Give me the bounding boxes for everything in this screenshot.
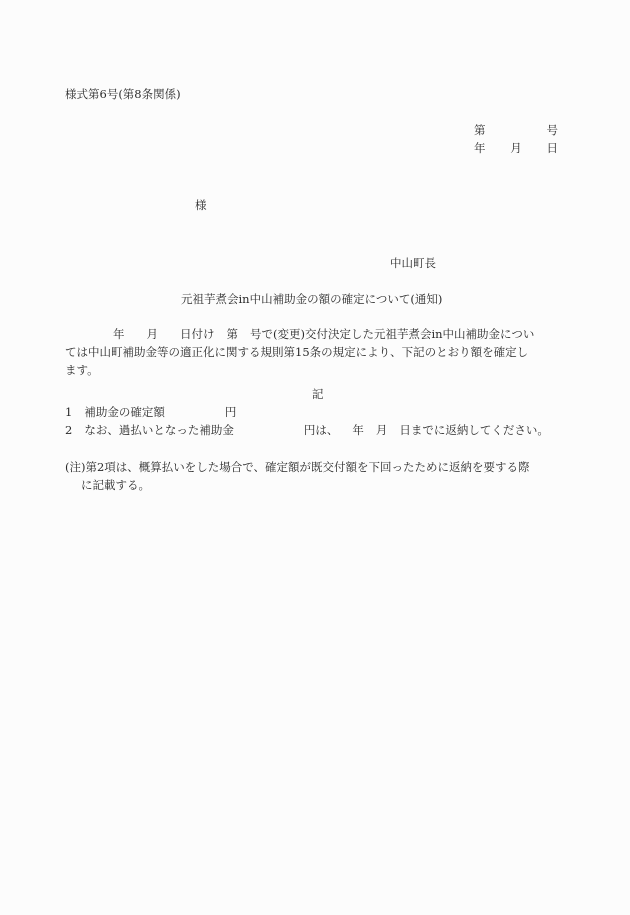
list-item: 2なお、過払いとなった補助金円は、年月日までに返納してください。 [65, 421, 549, 439]
document-number: 第 号 [474, 121, 558, 139]
addressee: 様 [195, 196, 207, 214]
body-line-1: 年月日付け第号で(変更)交付決定した元祖芋煮会in中山補助金につい [65, 325, 566, 343]
document-date: 年 月 日 [474, 139, 558, 157]
body-line-1-rest: 号で(変更)交付決定した元祖芋煮会in中山補助金につい [250, 327, 534, 341]
document-number-suffix: 号 [547, 121, 559, 139]
date-month: 月 [510, 139, 522, 157]
item-day-rest: 日までに返納してください。 [399, 423, 549, 437]
note-line-1: (注)第2項は、概算払いをした場合で、確定額が既交付額を下回ったために返納を要す… [65, 458, 530, 476]
item-label: 補助金の確定額 [84, 405, 165, 419]
body-paragraph: 年月日付け第号で(変更)交付決定した元祖芋煮会in中山補助金につい ては中山町補… [65, 325, 566, 379]
item-number: 2 [65, 423, 72, 437]
body-year: 年 [113, 327, 125, 341]
form-number: 様式第6号(第8条関係) [65, 85, 181, 103]
body-day: 日付け [180, 327, 215, 341]
note-line-2: に記載する。 [81, 476, 150, 494]
body-no-prefix: 第 [227, 327, 239, 341]
item-year: 年 [352, 423, 364, 437]
date-day: 日 [547, 139, 559, 157]
body-line-2: ては中山町補助金等の適正化に関する規則第15条の規定により、下記のとおり額を確定… [65, 343, 566, 361]
item-unit: 円は、 [304, 423, 339, 437]
document-title: 元祖芋煮会in中山補助金の額の確定について(通知) [181, 290, 442, 308]
body-line-3: ます。 [65, 361, 566, 379]
item-label: なお、過払いとなった補助金 [84, 423, 234, 437]
item-month: 月 [376, 423, 388, 437]
list-item: 1補助金の確定額円 [65, 403, 236, 421]
body-month: 月 [147, 327, 159, 341]
item-number: 1 [65, 405, 72, 419]
ki-heading: 記 [312, 385, 324, 403]
document-number-prefix: 第 [474, 121, 486, 139]
date-year: 年 [474, 139, 486, 157]
item-unit: 円 [225, 405, 237, 419]
sender: 中山町長 [390, 254, 436, 272]
